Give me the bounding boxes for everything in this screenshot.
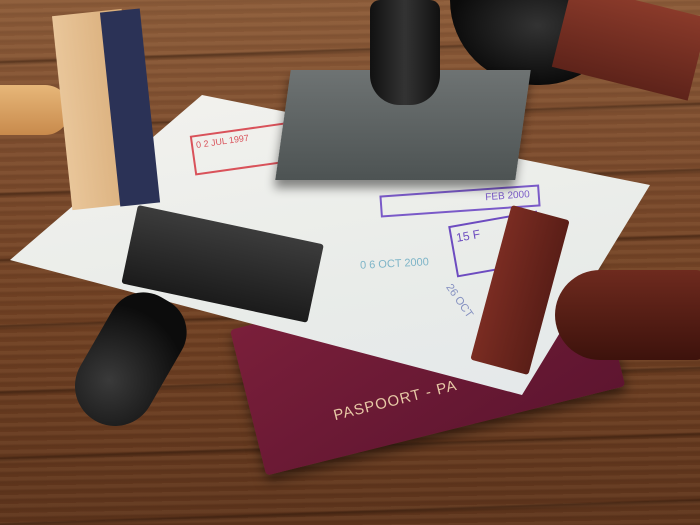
red-stamp-top-corner (552, 0, 700, 101)
passport-cover-text: PASPOORT - PA (332, 377, 459, 424)
photo-scene: PASPOORT - PA 0 2 JUL 1997 FEB 2000 15 F… (0, 0, 700, 525)
dark-red-stamp-handle (555, 270, 700, 360)
black-stamp-handle (370, 0, 440, 105)
